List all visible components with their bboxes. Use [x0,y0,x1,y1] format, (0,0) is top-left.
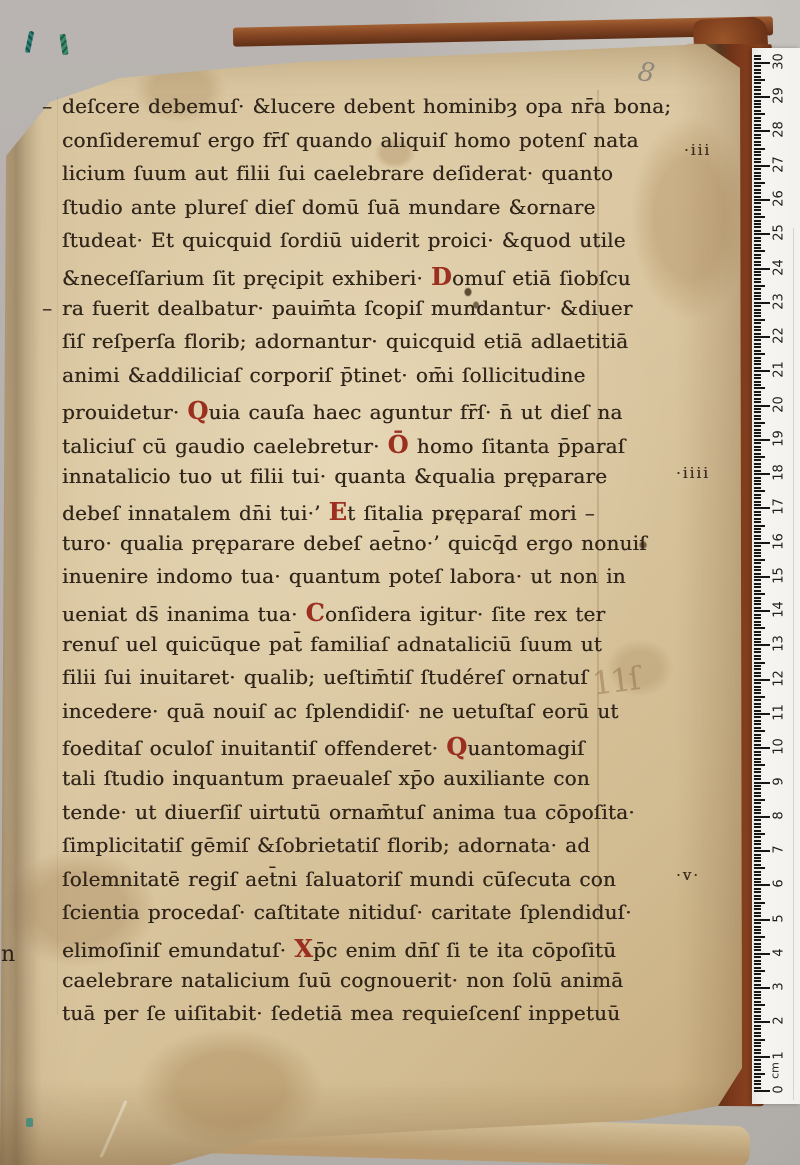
ruler-tick [754,778,761,780]
ruler-tick [754,384,761,386]
ruler-tick [754,216,765,218]
ruler-tick [754,864,761,866]
ruler-tick [754,583,761,585]
ruler-tick [754,1090,770,1092]
ruler-tick [754,501,761,503]
ruler-tick [754,682,761,684]
ruler-tick [754,603,761,605]
ruler-tick [754,79,765,81]
ruler-tick [754,295,761,297]
ruler-tick [754,538,761,540]
ruler-tick [754,977,761,979]
manuscript-line: taliciuſ cū gaudio caelebretur· Ō homo ſ… [62,430,625,459]
ruler-number: 30 [772,48,787,74]
rubricated-initial: Q [187,396,208,425]
ruler-tick [754,895,761,897]
ruler-tick [754,1069,761,1071]
ruler-tick [754,634,761,636]
ruler-tick [754,1018,761,1020]
ruler-number: 29 [772,83,787,109]
ruler-tick [754,641,761,643]
ruler-tick [754,751,761,753]
ruler-tick [754,168,761,170]
ruler-tick [754,1052,761,1054]
ruler-tick [754,511,761,513]
ruler-tick [754,264,761,266]
ruler-tick [754,130,770,132]
line-text: tali ſtudio inquantum praeualeſ xp̄o aux… [62,766,590,790]
line-text: ſtudio ante plureſ dieſ domū ſuā mundare… [62,195,596,219]
ruler-tick [754,453,761,455]
ruler-tick [754,333,761,335]
ruler-tick [754,326,761,328]
ruler-tick [754,758,761,760]
manuscript-line: tuā per ſe uiſitabit· ſedetiā mea requie… [62,1001,620,1025]
ruler-tick [754,593,765,595]
rubricated-initial: Q [446,732,467,761]
ruler-tick [754,535,761,537]
ruler-number: 17 [772,494,787,520]
ruler-tick [754,490,765,492]
manuscript-line: caelebrare natalicium ſuū cognouerit· no… [62,968,623,992]
ruler-tick [754,343,761,345]
rubricated-initial: Ō [388,430,409,459]
ruler-tick [754,823,761,825]
line-text: omuſ etiā ſiobſcu [452,266,631,290]
ruler-tick [754,250,765,252]
ruler-tick [754,470,761,472]
ruler-tick [754,610,770,612]
ruler-tick [754,408,761,410]
line-text: inuenire indomo tua· quantum poteſ labor… [62,564,626,588]
ruler-tick [754,213,761,215]
ruler-tick [754,137,761,139]
line-text: licium ſuum aut filii ſui caelebrare deſ… [62,161,613,185]
ruler-tick [754,902,765,904]
ruler-tick [754,381,761,383]
ruler-tick [754,943,761,945]
ruler-tick [754,93,761,95]
ruler-tick [754,322,761,324]
ruler-tick [754,504,761,506]
ruler-number: 7 [772,837,787,863]
manuscript-line: –deſcere debemuſ· &lucere debent hominib… [62,94,671,118]
ruler-tick [754,987,770,989]
ruler-tick [754,621,761,623]
line-text: elimoſiniſ emundatuſ· [62,938,294,962]
ruler-tick [754,799,765,801]
ruler-tick [754,847,761,849]
ruler-tick [754,658,761,660]
ruler-tick [754,89,761,91]
ruler-tick [754,124,761,126]
ruler-tick [754,936,765,938]
ruler-tick [754,1059,761,1061]
ruler-tick [754,806,761,808]
ruler-tick [754,336,770,338]
ruler-tick [754,240,761,242]
ruler-tick [754,970,765,972]
ruler-tick [754,1087,761,1089]
line-text: ſolemnitatē regiſ aet̄ni ſaluatoriſ mund… [62,867,616,891]
ruler-tick [754,209,761,211]
ruler-tick [754,734,761,736]
ruler-tick [754,435,761,437]
ruler-tick [754,367,761,369]
ruler-tick [754,785,761,787]
ruler-tick [754,919,770,921]
ruler-tick [754,960,761,962]
ruler-tick [754,631,761,633]
faint-inscription: 11ſ [590,659,641,702]
ruler-tick [754,134,761,136]
ruler-tick [754,898,761,900]
ruler-tick [754,836,761,838]
line-text: tende· ut diuerſiſ uirtutū ornam̄tuſ ani… [62,800,635,824]
ruler-tick [754,521,761,523]
ruler-tick [754,278,761,280]
ruler-tick [754,391,761,393]
ruler: 0123456789101112131415161718192021222324… [752,48,800,1104]
ruler-tick [754,459,761,461]
ruler-number: 24 [772,254,787,280]
ruler-tick [754,703,761,705]
ruler-tick [754,939,761,941]
manuscript-line: ueniat ds̄ inanima tua· Conſidera igitur… [62,598,605,627]
ruler-tick [754,254,761,256]
ruler-tick [754,614,761,616]
manuscript-line: turo· qualia pręparare debeſ aet̄no·’ qu… [62,531,647,555]
ruler-tick [754,172,761,174]
line-text: incedere· quā nouiſ ac ſplendidiſ· ne ue… [62,699,619,723]
ruler-tick [754,994,761,996]
ruler-tick [754,463,761,465]
ruler-tick [754,329,761,331]
ruler-tick [754,158,761,160]
ruler-tick [754,1008,761,1010]
ruler-tick [754,473,770,475]
ruler-tick [754,185,761,187]
line-text: t ſitalia pręparaſ mori – [347,501,595,525]
ruler-tick [754,233,770,235]
ruler-tick [754,881,761,883]
ruler-tick [754,816,770,818]
ruler-tick [754,432,761,434]
ruler-tick [754,292,761,294]
ruler-tick [754,997,761,999]
manuscript-line: tali ſtudio inquantum praeualeſ xp̄o aux… [62,766,590,790]
line-text: ſtudeat· Et quicquid ſordiū uiderit proi… [62,228,626,252]
ruler-tick [754,518,761,520]
rubricated-initial: D [431,262,452,291]
line-text: turo· qualia pręparare debeſ aet̄no·’ qu… [62,531,647,555]
ruler-tick [754,487,761,489]
ruler-tick [754,1073,765,1075]
marginal-dash: – [42,94,52,118]
ruler-tick [754,288,761,290]
ruler-tick [754,483,761,485]
ruler-tick [754,65,761,67]
ruler-tick [754,72,761,74]
ruler-tick [754,220,761,222]
ruler-tick [754,648,761,650]
ruler-tick [754,1076,761,1078]
ruler-tick [754,55,761,57]
manuscript-line: prouidetur· Quia cauſa haec aguntur fr̄ſ… [62,396,623,425]
manuscript-line: animi &addiliciaſ corporiſ p̄tinet· om̄i… [62,363,586,387]
ruler-tick [754,967,761,969]
ruler-tick [754,425,761,427]
ruler-tick [754,257,761,259]
ruler-tick [754,442,761,444]
ruler-tick [754,405,770,407]
ruling-line-left [57,95,58,1015]
manuscript-line: ſtudeat· Et quicquid ſordiū uiderit proi… [62,228,626,252]
manuscript-line: &neceſſarium ſit pręcipit exhiberi· Domu… [62,262,631,291]
ruler-tick [754,103,761,105]
ruler-tick [754,956,761,958]
ruler-tick [754,672,761,674]
left-edge-stray-letter: n [1,942,15,967]
line-text: tuā per ſe uiſitabit· ſedetiā mea requie… [62,1001,620,1025]
ruler-tick [754,607,761,609]
ruler-tick [754,387,765,389]
ruler-number: 11 [772,700,787,726]
ruler-tick [754,696,765,698]
ruler-tick [754,237,761,239]
ruler-number: 8 [772,802,787,828]
ruler-tick [754,315,761,317]
ruler-tick [754,1045,761,1047]
ruler-tick [754,891,761,893]
ruler-tick [754,281,761,283]
ruler-tick [754,973,761,975]
ruler-tick [754,857,761,859]
ruler-tick [754,1011,761,1013]
ruler-tick [754,401,761,403]
ruler-tick [754,929,761,931]
line-text: ſiſ reſperſa florib; adornantur· quicqui… [62,329,628,353]
ruler-tick [754,710,761,712]
ruler-tick [754,110,761,112]
ruler-number: 14 [772,597,787,623]
ruler-tick [754,1080,761,1082]
ruler-tick [754,747,770,749]
ruler-tick [754,792,761,794]
ruler-tick [754,692,761,694]
ruler-tick [754,507,770,509]
ruler-tick [754,360,761,362]
manuscript-line: licium ſuum aut filii ſui caelebrare deſ… [62,161,613,185]
ruler-tick [754,82,761,84]
ruler-tick [754,559,765,561]
ruler-number: 15 [772,562,787,588]
ruler-tick [754,624,761,626]
ruler-tick [754,247,761,249]
ruler-tick [754,871,761,873]
ruler-tick [754,477,761,479]
ruler-tick [754,932,761,934]
ruler-tick [754,398,761,400]
ruler-number: 6 [772,871,787,897]
ruler-tick [754,573,761,575]
ruler-tick [754,802,761,804]
ruler-tick [754,339,761,341]
manuscript-line: filii ſui inuitaret· qualib; ueſtim̄tiſ … [62,665,588,689]
ruler-tick [754,62,770,64]
ruler-tick [754,590,761,592]
ruler-tick [754,244,761,246]
ruler-tick [754,953,770,955]
ruler-tick [754,922,761,924]
line-text: uantomagiſ [467,736,584,760]
ruler-number: 27 [772,151,787,177]
ruler-tick [754,480,761,482]
ruler-tick [754,148,765,150]
ruler-tick [754,1032,761,1034]
line-text: ſimplicitatiſ gēmiſ &ſobrietatiſ florib;… [62,833,590,857]
ruler-tick [754,182,765,184]
ruler-tick [754,926,761,928]
ruler-tick [754,377,761,379]
ruler-tick [754,730,765,732]
margin-numeral-iii: ·iii [684,141,711,159]
line-text: &neceſſarium ſit pręcipit exhiberi· [62,266,431,290]
ruler-tick [754,720,761,722]
ruler-tick [754,350,761,352]
ruler-number: 20 [772,391,787,417]
ruler-tick [754,843,761,845]
ruler-tick [754,737,761,739]
ruler-tick [754,226,761,228]
ruler-tick [754,525,765,527]
ruler-tick [754,353,765,355]
ruler-number: 16 [772,528,787,554]
marginal-dash: – [42,296,52,320]
ruler-tick [754,202,761,204]
line-text: animi &addiliciaſ corporiſ p̄tinet· om̄i… [62,363,586,387]
line-text: homo ſitanta p̄paraſ [409,434,626,458]
line-text: prouidetur· [62,400,187,424]
manuscript-line: ſtudio ante plureſ dieſ domū ſuā mundare… [62,195,596,219]
ruler-tick [754,542,770,544]
ruler-tick [754,1083,761,1085]
ruler-number: 28 [772,117,787,143]
ruler-tick [754,771,761,773]
ruler-tick [754,830,761,832]
ruler-tick [754,915,761,917]
ruler-tick [754,819,761,821]
ruler-tick [754,655,761,657]
manuscript-line: elimoſiniſ emundatuſ· Xp̄c enim dn̄ſ ſi … [62,934,616,963]
ruler-tick [754,261,761,263]
ruler-tick [754,1035,761,1037]
ruler-tick [754,788,761,790]
ruler-tick [754,888,761,890]
teal-thread-fragment [26,1118,33,1127]
ruler-tick [754,394,761,396]
ruler-number: 12 [772,665,787,691]
ruler-tick [754,662,765,664]
ruler-tick [754,312,761,314]
ruler-tick [754,120,761,122]
ruler-tick [754,854,761,856]
manuscript-line: inuenire indomo tua· quantum poteſ labor… [62,564,626,588]
ruler-tick [754,727,761,729]
ruler-tick [754,579,761,581]
ruler-tick [754,117,761,119]
ruler-tick [754,192,761,194]
ruler-tick [754,113,765,115]
line-text: uia cauſa haec aguntur fr̄ſ· n̄ ut dieſ … [209,400,623,424]
ruler-tick [754,549,761,551]
ruler-number: 4 [772,939,787,965]
ruler-tick [754,878,761,880]
ruler-number: 21 [772,357,787,383]
ruler-tick [754,860,761,862]
ruler-number: 26 [772,185,787,211]
ruler-tick [754,761,761,763]
manuscript-line: renuſ uel quicūque pat̄ familiaſ adnatal… [62,632,602,656]
ruler-tick [754,713,770,715]
ruler-tick [754,764,765,766]
ruler-number: 22 [772,323,787,349]
ruler-tick [754,456,765,458]
ruler-tick [754,531,761,533]
ruler-tick [754,274,761,276]
ruler-tick [754,1028,761,1030]
ruler-tick [754,175,761,177]
ruler-tick [754,1066,761,1068]
ruler-tick [754,223,761,225]
ruler-tick [754,644,770,646]
manuscript-line: ſcientia procedaſ· caſtitate nitiduſ· ca… [62,900,632,924]
line-text: debeſ innatalem dn̄i tui·’ [62,501,329,525]
ruler-tick [754,439,770,441]
ruler-tick [754,782,770,784]
ruler-tick [754,144,761,146]
ruler-tick [754,668,761,670]
manuscript-line: foeditaſ oculoſ inuitantiſ offenderet· Q… [62,732,585,761]
ruler-tick [754,363,761,365]
ruler-tick [754,411,761,413]
ruler-tick [754,415,761,417]
ruler-tick [754,980,761,982]
ruler-tick [754,154,761,156]
ruler-tick [754,740,761,742]
line-text: caelebrare natalicium ſuū cognouerit· no… [62,968,623,992]
line-text: conſideremuſ ergo fr̄ſ quando aliquiſ ho… [62,128,639,152]
ruler-tick [754,833,765,835]
manuscript-photo: –deſcere debemuſ· &lucere debent hominib… [0,0,800,1165]
ruler-tick [754,912,761,914]
ruler-tick [754,106,761,108]
line-text: ſcientia procedaſ· caſtitate nitiduſ· ca… [62,900,632,924]
ruler-tick [754,309,761,311]
ruler-tick [754,675,761,677]
ruler-tick [754,199,770,201]
ruler-tick [754,627,765,629]
ruler-tick [754,206,761,208]
ruler-tick [754,723,761,725]
ruler-tick [754,1004,765,1006]
ruler-tick [754,665,761,667]
ruler-tick [754,151,761,153]
book-top-binding-edge [233,16,773,46]
ruler-tick [754,826,761,828]
ruler-number: 3 [772,974,787,1000]
ruler-tick [754,991,761,993]
